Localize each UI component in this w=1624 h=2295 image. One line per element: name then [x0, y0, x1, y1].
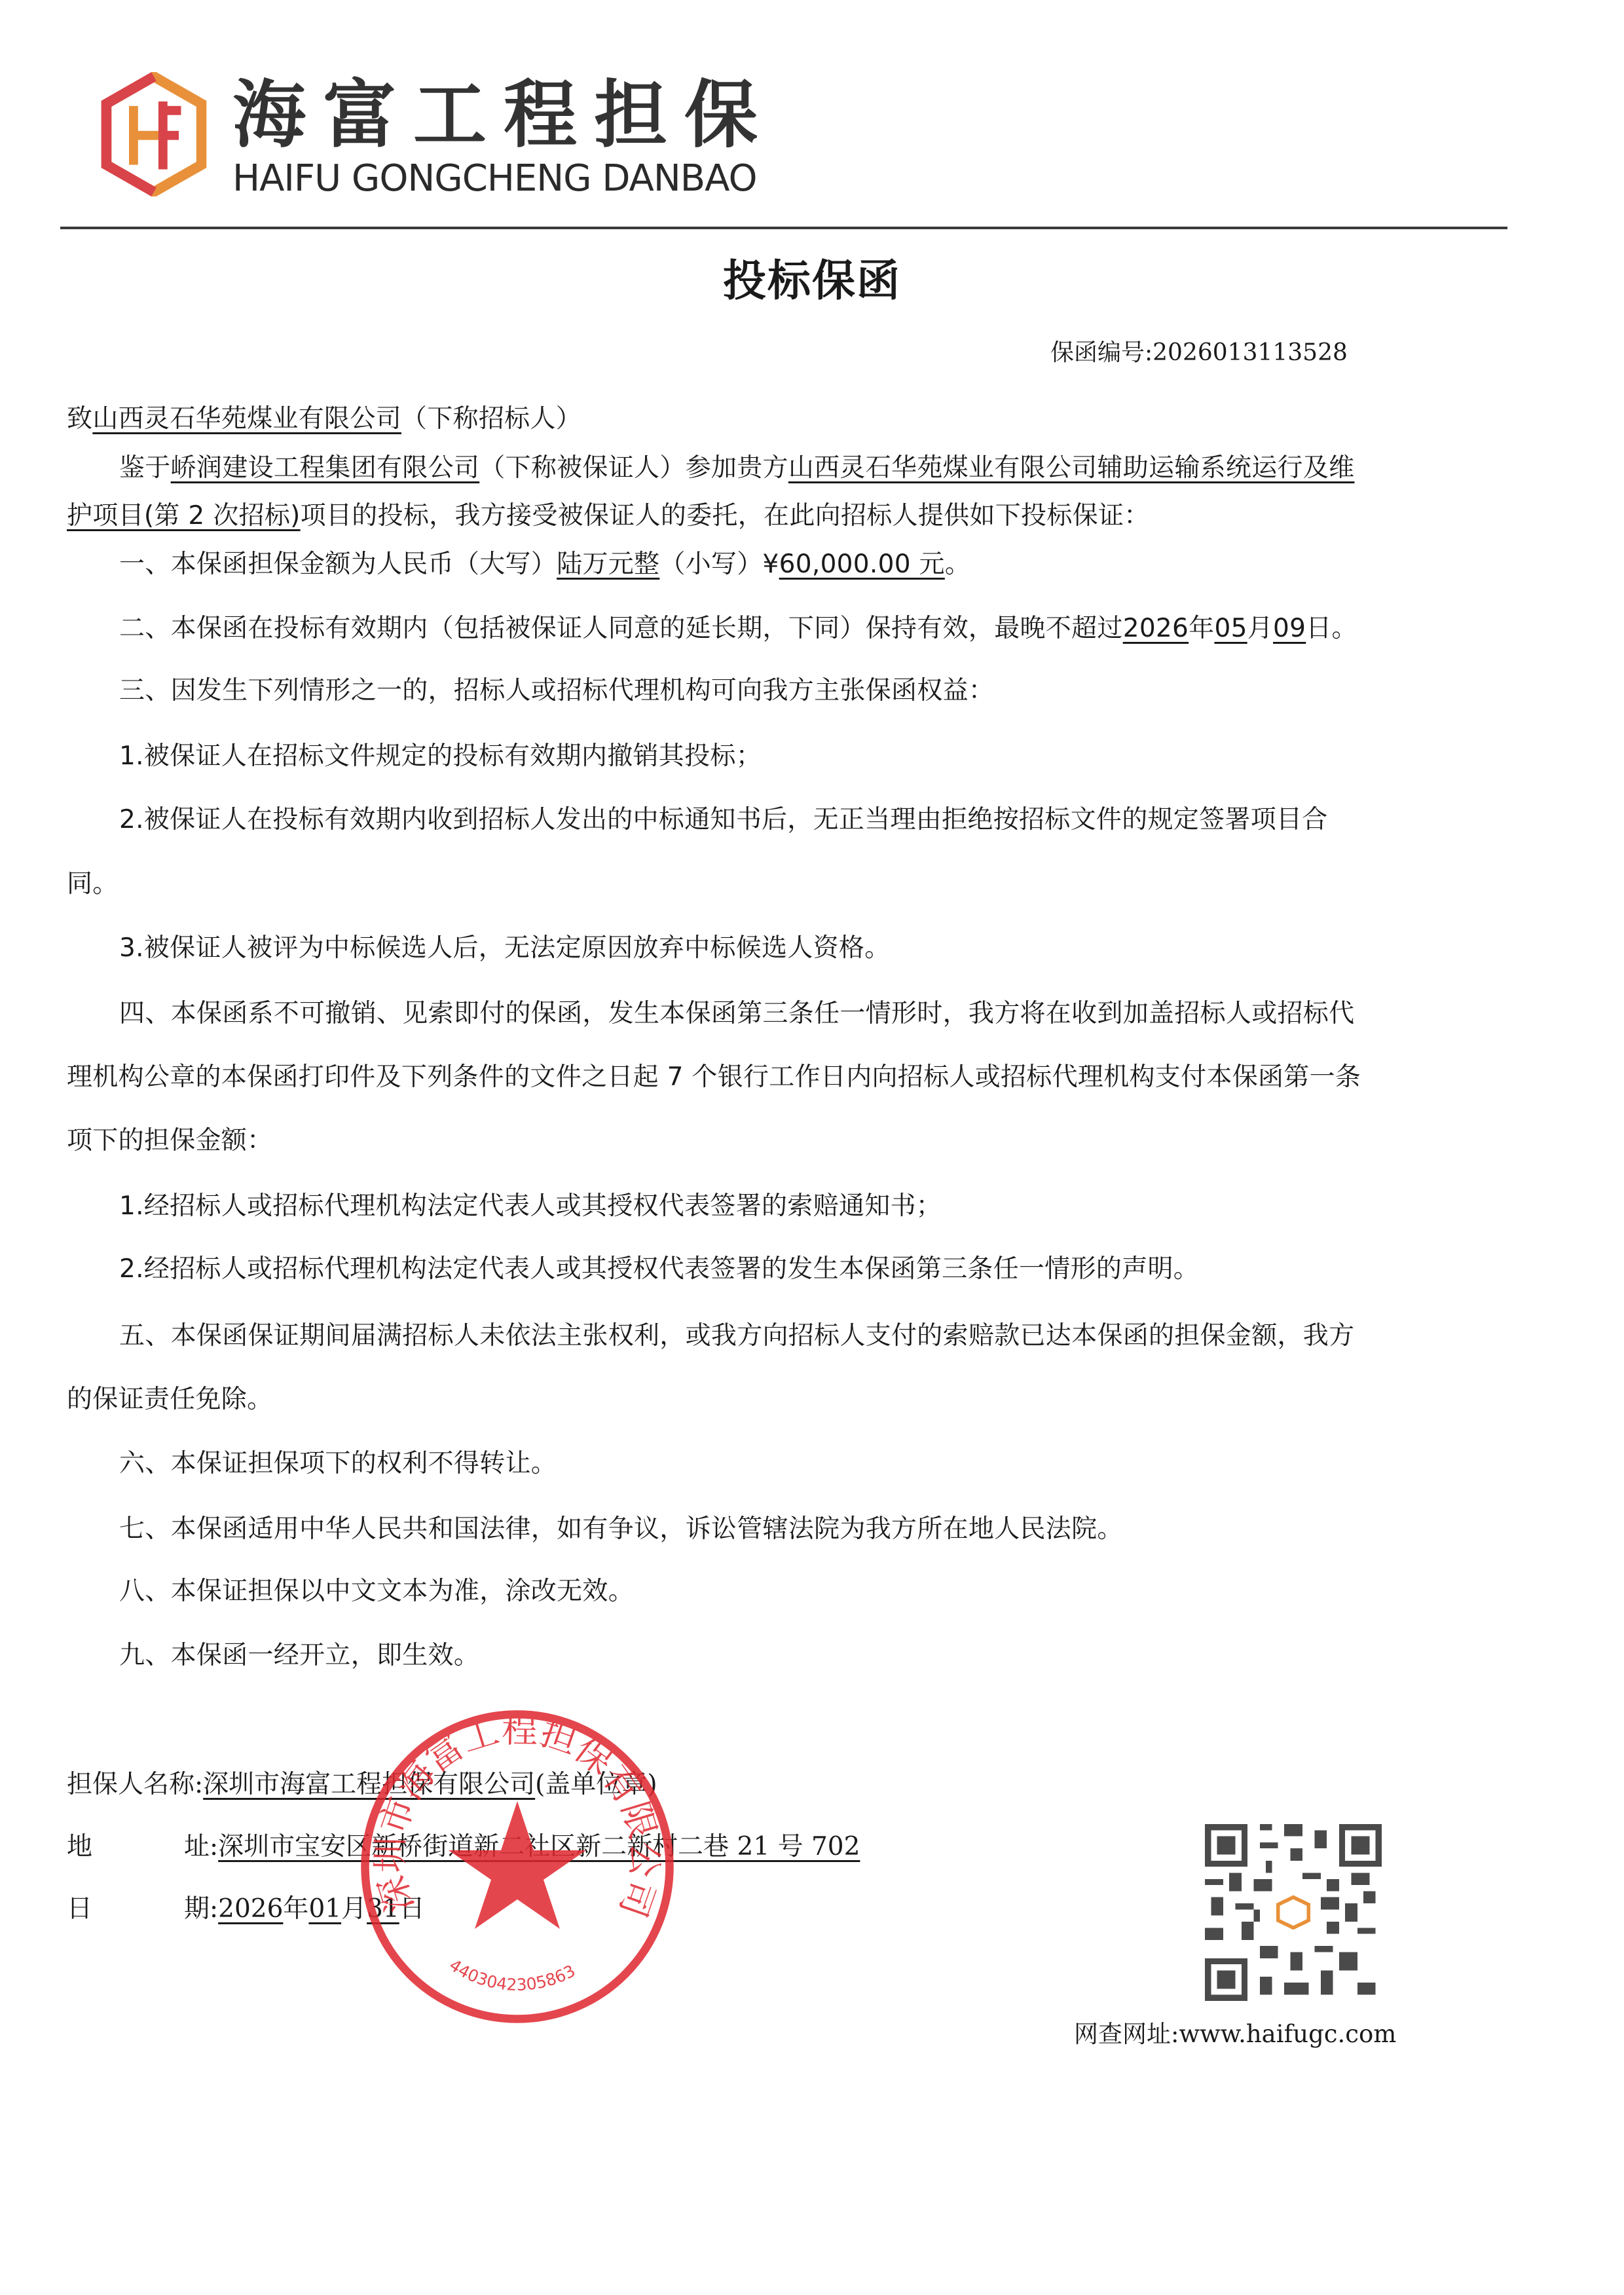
- clause-text: 一、本保函担保金额为人民币（大写）: [119, 550, 557, 579]
- clause-3-item-2-cont: 同。: [67, 871, 119, 897]
- brand-name-chinese: 海富工程担保: [232, 79, 775, 152]
- intro-line-2: 护项目(第 2 次招标)项目的投标，我方接受被保证人的委托，在此向招标人提供如下…: [67, 503, 1150, 529]
- guarantor-label: 担保人名称:: [67, 1770, 203, 1799]
- expiry-year: 2026: [1123, 614, 1189, 643]
- unit: 年: [283, 1894, 308, 1924]
- clause-text: 二、本保函在投标有效期内（包括被保证人同意的延长期，下同）保持有效，最晚不超过: [119, 614, 1123, 643]
- clause-5-line-2: 的保证责任免除。: [67, 1387, 272, 1412]
- clause-4-item-2: 2.经招标人或招标代理机构法定代表人或其授权代表签署的发生本保函第三条任一情形的…: [119, 1256, 1199, 1282]
- haifu-logo-icon: [92, 72, 216, 196]
- addressee-suffix: （下称招标人）: [401, 404, 581, 434]
- unit: 年: [1189, 614, 1214, 643]
- clause-3: 三、因发生下列情形之一的，招标人或招标代理机构可向我方主张保函权益：: [119, 678, 994, 703]
- project-name-cont: 护项目(第 2 次招标): [67, 501, 301, 531]
- intro-text: （下称被保证人）参加贵方: [479, 453, 788, 483]
- clause-4-line-1: 四、本保函系不可撤销、见索即付的保函，发生本保函第三条任一情形时，我方将在收到加…: [119, 1001, 1354, 1026]
- verification-url-link[interactable]: www.haifugc.com: [1179, 2020, 1396, 2048]
- reference-number: 保函编号:2026013113528: [1050, 334, 1348, 367]
- addressee-name: 山西灵石华苑煤业有限公司: [92, 404, 401, 434]
- clause-text: 。: [945, 550, 970, 579]
- project-name: 山西灵石华苑煤业有限公司辅助运输系统运行及维: [788, 453, 1355, 483]
- clause-4-item-1: 1.经招标人或招标代理机构法定代表人或其授权代表签署的索赔通知书；: [119, 1193, 942, 1219]
- clause-6: 六、本保证担保项下的权利不得转让。: [119, 1451, 557, 1476]
- principal-name: 峤润建设工程集团有限公司: [171, 453, 480, 483]
- reference-value: 2026013113528: [1153, 339, 1348, 366]
- amount-upper: 陆万元整: [557, 550, 659, 579]
- intro-text: 项目的投标，我方接受被保证人的委托，在此向招标人提供如下投标保证：: [301, 501, 1150, 531]
- clause-4-line-3: 项下的担保金额：: [67, 1128, 272, 1153]
- clause-7: 七、本保函适用中华人民共和国法律，如有争议，诉讼管辖法院为我方所在地人民法院。: [119, 1516, 1123, 1542]
- expiry-month: 05: [1214, 614, 1247, 643]
- clause-8: 八、本保证担保以中文文本为准，涂改无效。: [119, 1578, 634, 1604]
- clause-3-item-2: 2.被保证人在投标有效期内收到招标人发出的中标通知书后，无正当理由拒绝按招标文件…: [119, 807, 1328, 832]
- intro-line-1: 鉴于峤润建设工程集团有限公司（下称被保证人）参加贵方山西灵石华苑煤业有限公司辅助…: [119, 455, 1354, 481]
- unit: 月: [1247, 614, 1273, 643]
- intro-text: 鉴于: [119, 453, 171, 483]
- svg-text:4403042305863: 4403042305863: [446, 1955, 578, 1994]
- issue-year: 2026: [218, 1894, 283, 1924]
- clause-4-line-2: 理机构公章的本保函打印件及下列条件的文件之日起 7 个银行工作日内向招标人或招标…: [67, 1064, 1361, 1090]
- verification-qr-code-icon[interactable]: [1205, 1824, 1382, 2001]
- verification-url-caption: 网查网址:www.haifugc.com: [1074, 2014, 1396, 2049]
- address-label: 址:: [184, 1832, 218, 1861]
- clause-3-item-3: 3.被保证人被评为中标候选人后，无法定原因放弃中标候选人资格。: [119, 935, 891, 961]
- brand-name-english: HAIFU GONGCHENG DANBAO: [232, 160, 757, 197]
- reference-label: 保函编号:: [1050, 339, 1153, 366]
- addressee-line: 致山西灵石华苑煤业有限公司（下称招标人）: [67, 406, 581, 432]
- clause-3-item-1: 1.被保证人在招标文件规定的投标有效期内撤销其投标；: [119, 743, 762, 769]
- clause-text: （小写）¥: [659, 550, 779, 579]
- clause-2: 二、本保函在投标有效期内（包括被保证人同意的延长期，下同）保持有效，最晚不超过2…: [119, 616, 1357, 641]
- address-label: 地: [67, 1832, 92, 1861]
- clause-5-line-1: 五、本保函保证期间届满招标人未依法主张权利，或我方向招标人支付的索赔款已达本保函…: [119, 1323, 1354, 1349]
- clause-1: 一、本保函担保金额为人民币（大写）陆万元整（小写）¥60,000.00 元。: [119, 551, 970, 577]
- date-label: 日: [67, 1894, 92, 1924]
- expiry-day: 09: [1273, 614, 1306, 643]
- date-label: 期:: [184, 1894, 218, 1924]
- unit: 日。: [1306, 614, 1357, 643]
- clause-9: 九、本保函一经开立，即生效。: [119, 1643, 479, 1668]
- url-label: 网查网址:: [1074, 2020, 1179, 2048]
- amount-lower: 60,000.00 元: [779, 550, 945, 579]
- header-divider: [60, 227, 1507, 229]
- company-seal-icon: 深圳市海富工程担保有限公司 4403042305863: [354, 1703, 681, 2030]
- addressee-prefix: 致: [67, 404, 92, 434]
- issue-month: 01: [308, 1894, 341, 1924]
- document-title: 投标保函: [0, 246, 1624, 308]
